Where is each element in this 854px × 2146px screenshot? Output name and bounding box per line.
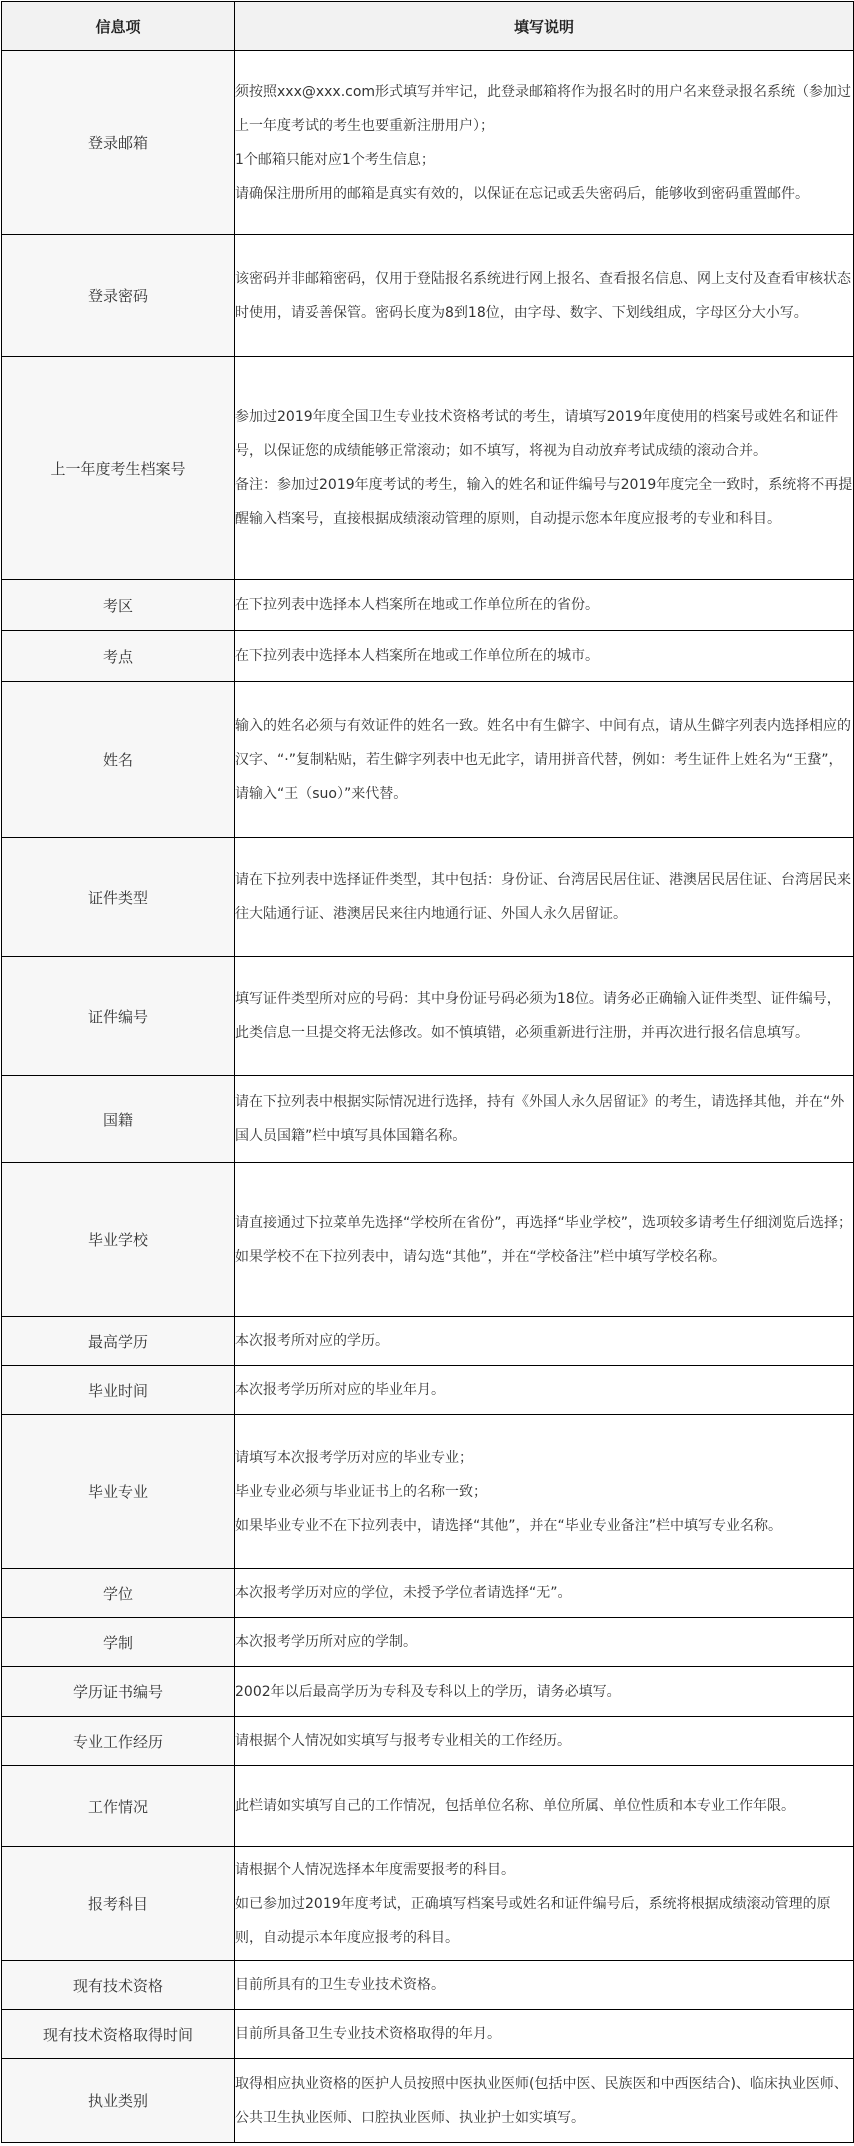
table-row: 毕业专业请填写本次报考学历对应的毕业专业；毕业专业必须与毕业证书上的名称一致；如… xyxy=(2,1415,854,1569)
instruction-line: 请根据个人情况如实填写与报考专业相关的工作经历。 xyxy=(235,1724,853,1758)
row-field-name: 考点 xyxy=(2,631,235,682)
instruction-line: 请直接通过下拉菜单先选择“学校所在省份”，再选择“毕业学校”，选项较多请考生仔细… xyxy=(235,1206,853,1240)
table-row: 专业工作经历请根据个人情况如实填写与报考专业相关的工作经历。 xyxy=(2,1717,854,1766)
instruction-line: 如果学校不在下拉列表中，请勾选“其他”，并在“学校备注”栏中填写学校名称。 xyxy=(235,1240,853,1274)
row-field-name: 学历证书编号 xyxy=(2,1667,235,1717)
instruction-line: 目前所具备卫生专业技术资格取得的年月。 xyxy=(235,2017,853,2051)
instruction-line: 目前所具有的卫生专业技术资格。 xyxy=(235,1968,853,2002)
table-row: 登录邮箱须按照xxx@xxx.com形式填写并牢记，此登录邮箱将作为报名时的用户… xyxy=(2,51,854,235)
table-row: 现有技术资格取得时间目前所具备卫生专业技术资格取得的年月。 xyxy=(2,2010,854,2059)
instruction-line: 填写证件类型所对应的号码：其中身份证号码必须为18位。请务必正确输入证件类型、证… xyxy=(235,982,853,1050)
instruction-line: 请填写本次报考学历对应的毕业专业； xyxy=(235,1441,853,1475)
row-field-instructions: 该密码并非邮箱密码，仅用于登陆报名系统进行网上报名、查看报名信息、网上支付及查看… xyxy=(235,235,854,357)
row-field-instructions: 请填写本次报考学历对应的毕业专业；毕业专业必须与毕业证书上的名称一致；如果毕业专… xyxy=(235,1415,854,1569)
table-row: 学位本次报考学历对应的学位，未授予学位者请选择“无”。 xyxy=(2,1569,854,1618)
instruction-line: 参加过2019年度全国卫生专业技术资格考试的考生，请填写2019年度使用的档案号… xyxy=(235,400,853,468)
row-field-name: 登录密码 xyxy=(2,235,235,357)
row-field-instructions: 请根据个人情况选择本年度需要报考的科目。如已参加过2019年度考试，正确填写档案… xyxy=(235,1847,854,1961)
table-body: 登录邮箱须按照xxx@xxx.com形式填写并牢记，此登录邮箱将作为报名时的用户… xyxy=(2,51,854,2143)
row-field-name: 登录邮箱 xyxy=(2,51,235,235)
table-row: 考点在下拉列表中选择本人档案所在地或工作单位所在的城市。 xyxy=(2,631,854,682)
row-field-name: 工作情况 xyxy=(2,1766,235,1847)
instruction-line: 请在下拉列表中选择证件类型，其中包括：身份证、台湾居民居住证、港澳居民居住证、台… xyxy=(235,863,853,931)
header-fill-instructions: 填写说明 xyxy=(235,2,854,51)
instruction-line: 2002年以后最高学历为专科及专科以上的学历，请务必填写。 xyxy=(235,1675,853,1709)
table-row: 报考科目请根据个人情况选择本年度需要报考的科目。如已参加过2019年度考试，正确… xyxy=(2,1847,854,1961)
table-row: 考区在下拉列表中选择本人档案所在地或工作单位所在的省份。 xyxy=(2,580,854,631)
table-row: 最高学历本次报考所对应的学历。 xyxy=(2,1317,854,1366)
row-field-name: 现有技术资格 xyxy=(2,1961,235,2010)
row-field-instructions: 请在下拉列表中根据实际情况进行选择，持有《外国人永久居留证》的考生，请选择其他，… xyxy=(235,1076,854,1163)
table-row: 上一年度考生档案号参加过2019年度全国卫生专业技术资格考试的考生，请填写201… xyxy=(2,357,854,580)
header-info-item: 信息项 xyxy=(2,2,235,51)
row-field-name: 专业工作经历 xyxy=(2,1717,235,1766)
instruction-line: 如已参加过2019年度考试，正确填写档案号或姓名和证件编号后，系统将根据成绩滚动… xyxy=(235,1887,853,1955)
table-row: 现有技术资格目前所具有的卫生专业技术资格。 xyxy=(2,1961,854,2010)
table-row: 姓名输入的姓名必须与有效证件的姓名一致。姓名中有生僻字、中间有点，请从生僻字列表… xyxy=(2,682,854,838)
row-field-instructions: 2002年以后最高学历为专科及专科以上的学历，请务必填写。 xyxy=(235,1667,854,1717)
row-field-instructions: 请直接通过下拉菜单先选择“学校所在省份”，再选择“毕业学校”，选项较多请考生仔细… xyxy=(235,1163,854,1317)
instruction-line: 请在下拉列表中根据实际情况进行选择，持有《外国人永久居留证》的考生，请选择其他，… xyxy=(235,1085,853,1153)
row-field-name: 姓名 xyxy=(2,682,235,838)
instruction-line: 请确保注册所用的邮箱是真实有效的，以保证在忘记或丢失密码后，能够收到密码重置邮件… xyxy=(235,177,853,211)
row-field-name: 毕业时间 xyxy=(2,1366,235,1415)
instruction-line: 1个邮箱只能对应1个考生信息； xyxy=(235,143,853,177)
table-row: 学历证书编号2002年以后最高学历为专科及专科以上的学历，请务必填写。 xyxy=(2,1667,854,1717)
row-field-instructions: 填写证件类型所对应的号码：其中身份证号码必须为18位。请务必正确输入证件类型、证… xyxy=(235,957,854,1076)
row-field-name: 最高学历 xyxy=(2,1317,235,1366)
row-field-name: 考区 xyxy=(2,580,235,631)
instruction-line: 在下拉列表中选择本人档案所在地或工作单位所在的城市。 xyxy=(235,639,853,673)
table-row: 国籍请在下拉列表中根据实际情况进行选择，持有《外国人永久居留证》的考生，请选择其… xyxy=(2,1076,854,1163)
row-field-instructions: 目前所具有的卫生专业技术资格。 xyxy=(235,1961,854,2010)
row-field-name: 证件类型 xyxy=(2,838,235,957)
row-field-name: 执业类别 xyxy=(2,2059,235,2143)
table-row: 证件编号填写证件类型所对应的号码：其中身份证号码必须为18位。请务必正确输入证件… xyxy=(2,957,854,1076)
table-row: 毕业学校请直接通过下拉菜单先选择“学校所在省份”，再选择“毕业学校”，选项较多请… xyxy=(2,1163,854,1317)
table-row: 登录密码该密码并非邮箱密码，仅用于登陆报名系统进行网上报名、查看报名信息、网上支… xyxy=(2,235,854,357)
row-field-instructions: 本次报考学历所对应的毕业年月。 xyxy=(235,1366,854,1415)
row-field-instructions: 在下拉列表中选择本人档案所在地或工作单位所在的省份。 xyxy=(235,580,854,631)
instruction-line: 在下拉列表中选择本人档案所在地或工作单位所在的省份。 xyxy=(235,588,853,622)
row-field-instructions: 取得相应执业资格的医护人员按照中医执业医师(包括中医、民族医和中西医结合)、临床… xyxy=(235,2059,854,2143)
row-field-instructions: 参加过2019年度全国卫生专业技术资格考试的考生，请填写2019年度使用的档案号… xyxy=(235,357,854,580)
row-field-name: 现有技术资格取得时间 xyxy=(2,2010,235,2059)
instruction-line: 该密码并非邮箱密码，仅用于登陆报名系统进行网上报名、查看报名信息、网上支付及查看… xyxy=(235,262,853,330)
row-field-instructions: 本次报考所对应的学历。 xyxy=(235,1317,854,1366)
instruction-line: 输入的姓名必须与有效证件的姓名一致。姓名中有生僻字、中间有点，请从生僻字列表内选… xyxy=(235,709,853,811)
row-field-name: 报考科目 xyxy=(2,1847,235,1961)
instruction-line: 取得相应执业资格的医护人员按照中医执业医师(包括中医、民族医和中西医结合)、临床… xyxy=(235,2067,853,2135)
instruction-line: 本次报考所对应的学历。 xyxy=(235,1324,853,1358)
table-row: 毕业时间本次报考学历所对应的毕业年月。 xyxy=(2,1366,854,1415)
instruction-line: 本次报考学历对应的学位，未授予学位者请选择“无”。 xyxy=(235,1576,853,1610)
row-field-instructions: 此栏请如实填写自己的工作情况，包括单位名称、单位所属、单位性质和本专业工作年限。 xyxy=(235,1766,854,1847)
row-field-name: 学位 xyxy=(2,1569,235,1618)
instruction-line: 此栏请如实填写自己的工作情况，包括单位名称、单位所属、单位性质和本专业工作年限。 xyxy=(235,1789,853,1823)
row-field-instructions: 目前所具备卫生专业技术资格取得的年月。 xyxy=(235,2010,854,2059)
instruction-line: 毕业专业必须与毕业证书上的名称一致； xyxy=(235,1475,853,1509)
info-table: 信息项 填写说明 登录邮箱须按照xxx@xxx.com形式填写并牢记，此登录邮箱… xyxy=(1,1,854,2143)
row-field-name: 毕业学校 xyxy=(2,1163,235,1317)
table-row: 工作情况此栏请如实填写自己的工作情况，包括单位名称、单位所属、单位性质和本专业工… xyxy=(2,1766,854,1847)
row-field-instructions: 本次报考学历所对应的学制。 xyxy=(235,1618,854,1667)
row-field-name: 证件编号 xyxy=(2,957,235,1076)
row-field-instructions: 请根据个人情况如实填写与报考专业相关的工作经历。 xyxy=(235,1717,854,1766)
table-row: 执业类别取得相应执业资格的医护人员按照中医执业医师(包括中医、民族医和中西医结合… xyxy=(2,2059,854,2143)
instruction-line: 须按照xxx@xxx.com形式填写并牢记，此登录邮箱将作为报名时的用户名来登录… xyxy=(235,75,853,143)
instruction-line: 本次报考学历所对应的学制。 xyxy=(235,1625,853,1659)
header-row: 信息项 填写说明 xyxy=(2,2,854,51)
row-field-name: 毕业专业 xyxy=(2,1415,235,1569)
instruction-line: 请根据个人情况选择本年度需要报考的科目。 xyxy=(235,1853,853,1887)
row-field-instructions: 本次报考学历对应的学位，未授予学位者请选择“无”。 xyxy=(235,1569,854,1618)
row-field-name: 学制 xyxy=(2,1618,235,1667)
table-row: 学制本次报考学历所对应的学制。 xyxy=(2,1618,854,1667)
row-field-instructions: 请在下拉列表中选择证件类型，其中包括：身份证、台湾居民居住证、港澳居民居住证、台… xyxy=(235,838,854,957)
row-field-name: 上一年度考生档案号 xyxy=(2,357,235,580)
row-field-instructions: 在下拉列表中选择本人档案所在地或工作单位所在的城市。 xyxy=(235,631,854,682)
instruction-line: 本次报考学历所对应的毕业年月。 xyxy=(235,1373,853,1407)
table-row: 证件类型请在下拉列表中选择证件类型，其中包括：身份证、台湾居民居住证、港澳居民居… xyxy=(2,838,854,957)
instruction-line: 如果毕业专业不在下拉列表中，请选择“其他”，并在“毕业专业备注”栏中填写专业名称… xyxy=(235,1509,853,1543)
instruction-line: 备注：参加过2019年度考试的考生，输入的姓名和证件编号与2019年度完全一致时… xyxy=(235,468,853,536)
row-field-name: 国籍 xyxy=(2,1076,235,1163)
row-field-instructions: 须按照xxx@xxx.com形式填写并牢记，此登录邮箱将作为报名时的用户名来登录… xyxy=(235,51,854,235)
row-field-instructions: 输入的姓名必须与有效证件的姓名一致。姓名中有生僻字、中间有点，请从生僻字列表内选… xyxy=(235,682,854,838)
